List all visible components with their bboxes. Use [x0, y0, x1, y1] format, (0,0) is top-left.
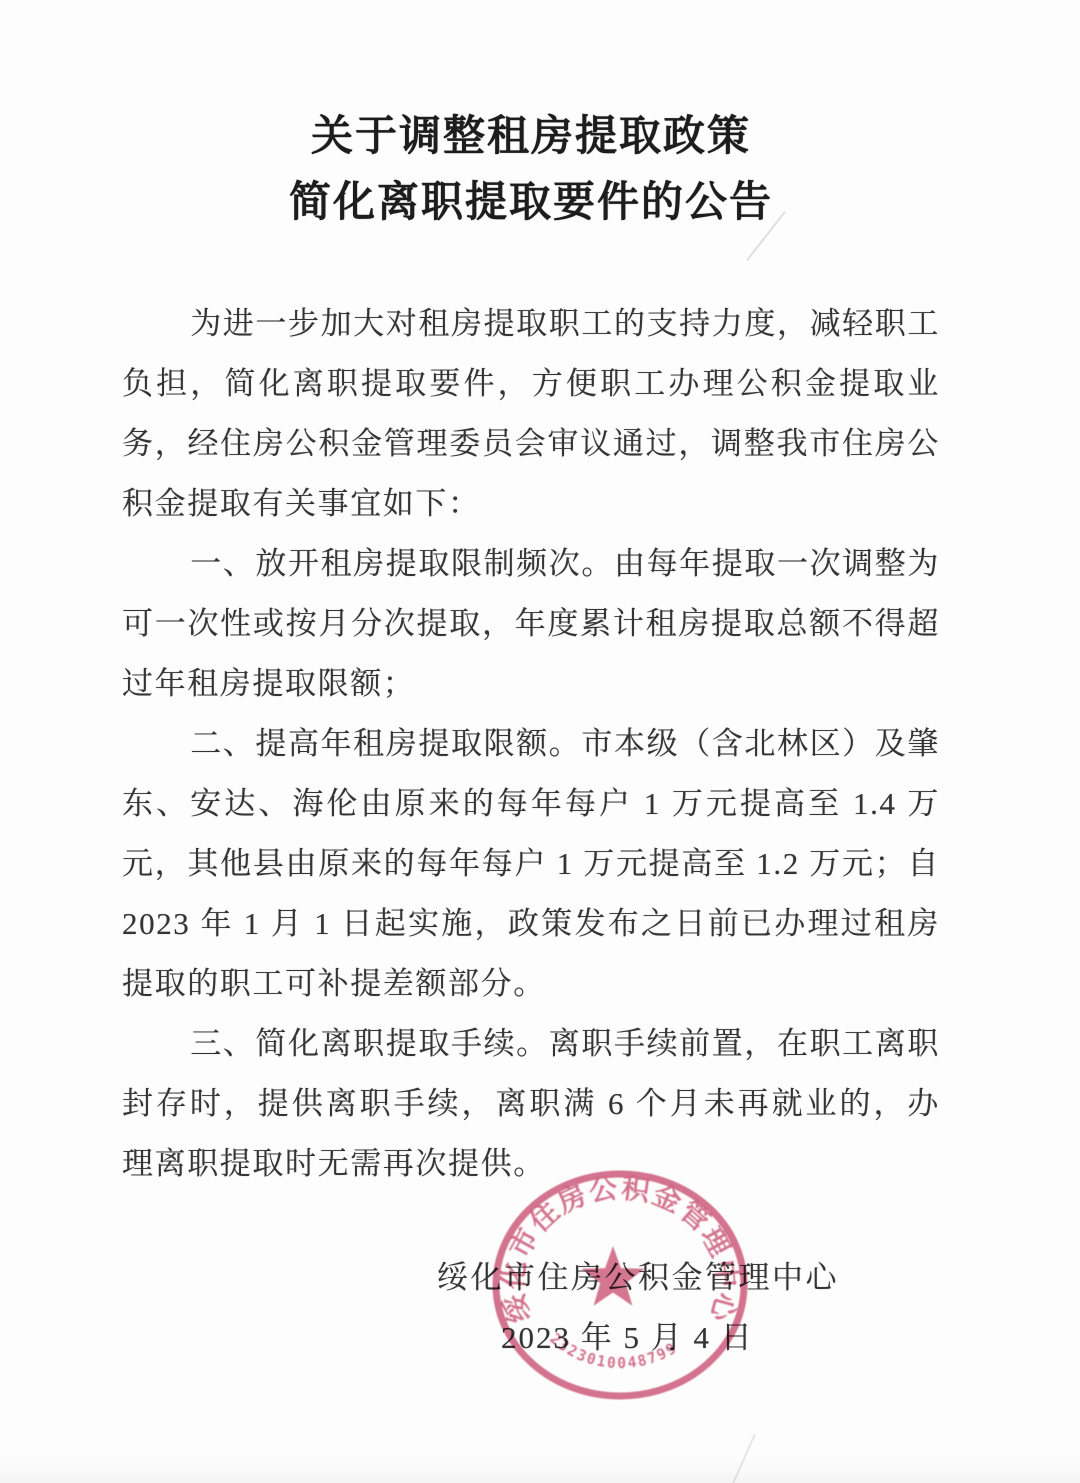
title-line-1: 关于调整租房提取政策	[122, 104, 940, 170]
paragraph-intro: 为进一步加大对租房提取职工的支持力度，减轻职工负担，简化离职提取要件，方便职工办…	[122, 294, 940, 534]
seal-star-icon	[582, 1246, 645, 1306]
paragraph-item-1: 一、放开租房提取限制频次。由每年提取一次调整为可一次性或按月分次提取，年度累计租…	[122, 534, 940, 714]
seal-ring-text: 绥化市住房公积金管理中心	[496, 1171, 743, 1326]
scanned-announcement-page: 关于调整租房提取政策 简化离职提取要件的公告 为进一步加大对租房提取职工的支持力…	[0, 0, 1080, 1483]
title-line-2: 简化离职提取要件的公告	[122, 170, 940, 236]
paragraph-item-2: 二、提高年租房提取限额。市本级（含北林区）及肇东、安达、海伦由原来的每年每户 1…	[122, 714, 940, 1014]
document-title: 关于调整租房提取政策 简化离职提取要件的公告	[122, 104, 940, 236]
scan-artifact-line	[730, 1434, 755, 1483]
seal-code-text: 2323010048799	[546, 1330, 680, 1373]
official-seal-stamp: 绥化市住房公积金管理中心 2323010048799	[489, 1167, 751, 1403]
document-body: 为进一步加大对租房提取职工的支持力度，减轻职工负担，简化离职提取要件，方便职工办…	[122, 294, 940, 1194]
